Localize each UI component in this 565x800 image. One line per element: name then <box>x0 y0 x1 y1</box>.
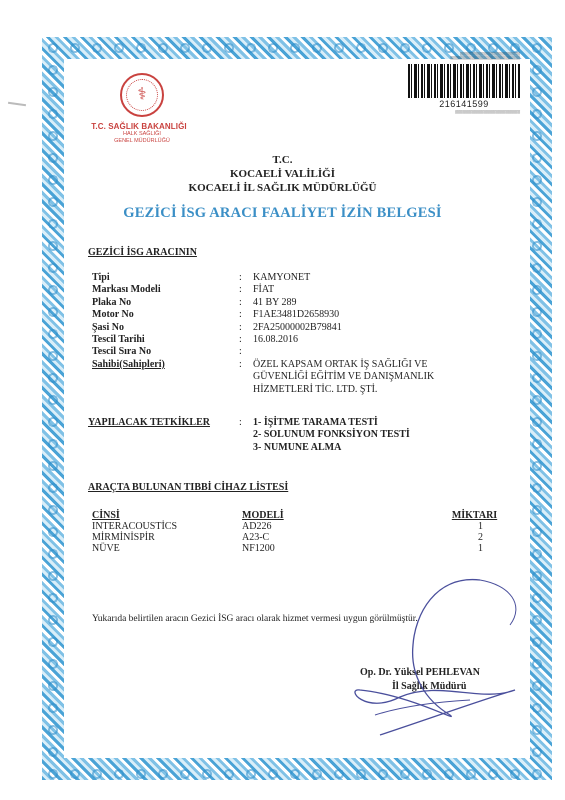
devices-header-row: CİNSİ MODELİ MİKTARI <box>92 510 507 521</box>
device-quantity: 2 <box>442 532 507 543</box>
table-row: MİRMİNİSPİR A23-C 2 <box>92 532 507 543</box>
field-value: FİAT <box>253 284 493 296</box>
table-row: NÜVE NF1200 1 <box>92 543 507 554</box>
test-item: 3- NUMUNE ALMA <box>253 442 410 454</box>
tests-label: YAPILACAK TETKİKLER <box>88 417 239 454</box>
header-line-1: T.C. <box>0 153 565 167</box>
field-label: Markası Modeli <box>92 284 239 296</box>
ministry-name: T.C. SAĞLIK BAKANLIĞI <box>86 122 192 131</box>
barcode-bars <box>408 64 520 98</box>
field-label: Tescil Tarihi <box>92 334 239 346</box>
field-value: F1AE3481D2658930 <box>253 309 493 321</box>
header-line-3: KOCAELİ İL SAĞLIK MÜDÜRLÜĞÜ <box>0 181 565 195</box>
barcode-number: 216141599 <box>398 99 520 109</box>
device-quantity: 1 <box>442 543 507 554</box>
ministry-dept-line1: HALK SAĞLIĞI <box>92 131 192 138</box>
scan-mark <box>8 102 26 106</box>
vehicle-fields: Tipi:KAMYONET Markası Modeli:FİAT Plaka … <box>92 272 493 396</box>
column-header: MİKTARI <box>442 510 507 521</box>
ministry-logo: ⚕ T.C. SAĞLIK BAKANLIĞI HALK SAĞLIĞI GEN… <box>92 73 192 145</box>
field-label: Tescil Sıra No <box>92 346 239 358</box>
field-row: Markası Modeli:FİAT <box>92 284 493 296</box>
device-model: NF1200 <box>242 543 442 554</box>
test-item: 1- İŞİTME TARAMA TESTİ <box>253 417 410 429</box>
field-label: Motor No <box>92 309 239 321</box>
field-row: Sahibi(Sahipleri):ÖZEL KAPSAM ORTAK İŞ S… <box>92 359 493 396</box>
device-quantity: 1 <box>442 521 507 532</box>
devices-table: CİNSİ MODELİ MİKTARI INTERACOUSTİCS AD22… <box>92 510 507 554</box>
field-value <box>253 346 493 358</box>
field-row: Tipi:KAMYONET <box>92 272 493 284</box>
barcode-header-text: ▒▒▒▒▒▒▒▒▒▒▒▒▒▒▒▒▒▒▒▒▒▒▒▒▒▒▒▒▒▒▒▒▒▒▒▒▒▒▒▒… <box>398 52 520 60</box>
field-label: Tipi <box>92 272 239 284</box>
device-type: NÜVE <box>92 543 242 554</box>
tests-list: 1- İŞİTME TARAMA TESTİ 2- SOLUNUM FONKSİ… <box>253 417 410 454</box>
field-value: 41 BY 289 <box>253 297 493 309</box>
barcode-label: ▒▒▒▒▒▒▒▒▒▒▒▒▒▒▒▒▒▒▒▒▒▒▒▒▒▒▒▒▒▒▒▒▒▒▒▒▒▒▒▒… <box>398 52 520 114</box>
column-header: MODELİ <box>242 510 442 521</box>
device-model: AD226 <box>242 521 442 532</box>
devices-section-title: ARAÇTA BULUNAN TIBBİ CİHAZ LİSTESİ <box>88 482 288 493</box>
barcode-footer-text: ▒▒▒▒▒▒▒▒▒▒▒▒▒▒▒▒▒▒▒▒▒▒▒▒▒▒▒ <box>398 110 520 114</box>
signature-scribble <box>340 575 540 740</box>
field-value: 16.08.2016 <box>253 334 493 346</box>
device-type: INTERACOUSTİCS <box>92 521 242 532</box>
field-row: Tescil Tarihi:16.08.2016 <box>92 334 493 346</box>
field-label: Plaka No <box>92 297 239 309</box>
column-header: CİNSİ <box>92 510 242 521</box>
field-label: Şasi No <box>92 322 239 334</box>
ministry-dept-line2: GENEL MÜDÜRLÜĞÜ <box>92 138 192 145</box>
document-title: GEZİCİ İSG ARACI FAALİYET İZİN BELGESİ <box>0 205 565 222</box>
caduceus-icon: ⚕ <box>120 73 164 117</box>
device-model: A23-C <box>242 532 442 543</box>
field-value: ÖZEL KAPSAM ORTAK İŞ SAĞLIĞI VE GÜVENLİĞ… <box>253 359 473 396</box>
vehicle-section-title: GEZİCİ İSG ARACININ <box>88 247 197 258</box>
field-value: 2FA25000002B79841 <box>253 322 493 334</box>
tests-section: YAPILACAK TETKİKLER : 1- İŞİTME TARAMA T… <box>88 417 410 454</box>
field-row: Plaka No:41 BY 289 <box>92 297 493 309</box>
field-label: Sahibi(Sahipleri) <box>92 359 239 396</box>
header-line-2: KOCAELİ VALİLİĞİ <box>0 167 565 181</box>
device-type: MİRMİNİSPİR <box>92 532 242 543</box>
table-row: INTERACOUSTİCS AD226 1 <box>92 521 507 532</box>
test-item: 2- SOLUNUM FONKSİYON TESTİ <box>253 429 410 441</box>
field-row: Tescil Sıra No: <box>92 346 493 358</box>
field-value: KAMYONET <box>253 272 493 284</box>
field-row: Şasi No:2FA25000002B79841 <box>92 322 493 334</box>
field-row: Motor No:F1AE3481D2658930 <box>92 309 493 321</box>
